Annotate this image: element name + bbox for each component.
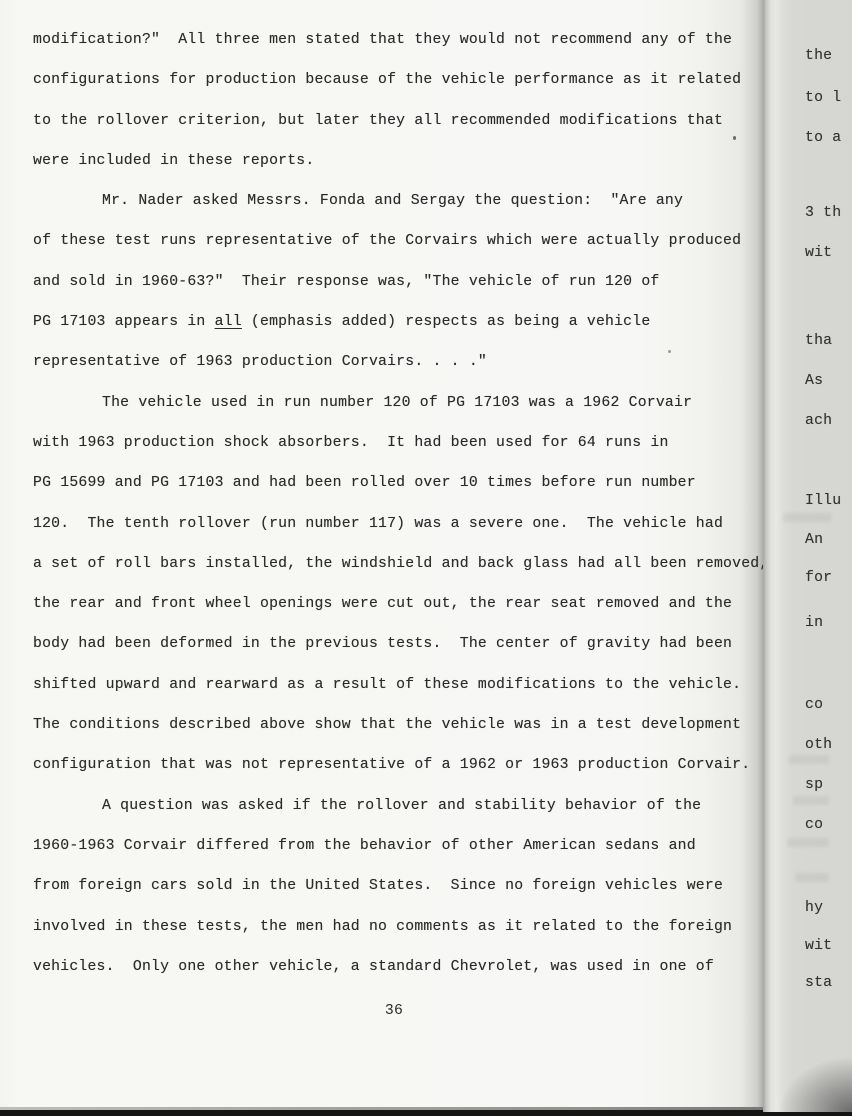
next-page-text-fragment: As xyxy=(805,373,823,389)
text-line: 120. The tenth rollover (run number 117)… xyxy=(33,515,763,555)
text-line: involved in these tests, the men had no … xyxy=(33,918,763,958)
scan-corner-shadow xyxy=(772,1052,852,1112)
show-through-smudge xyxy=(789,755,829,764)
text-line: body had been deformed in the previous t… xyxy=(33,635,763,675)
text-line: The conditions described above show that… xyxy=(33,716,763,756)
facing-page-edge: the to l to a 3 th wit tha As ach Illu A… xyxy=(763,0,852,1112)
next-page-text-fragment: the xyxy=(805,48,832,64)
show-through-smudge xyxy=(793,796,829,805)
text-line: with 1963 production shock absorbers. It… xyxy=(33,434,763,474)
next-page-text-fragment: sp xyxy=(805,777,823,793)
text-line: The vehicle used in run number 120 of PG… xyxy=(33,394,763,434)
page-bottom-edge xyxy=(0,1107,763,1110)
text-line: configurations for production because of… xyxy=(33,71,763,111)
next-page-text-fragment: to a xyxy=(805,130,841,146)
text-line: and sold in 1960-63?" Their response was… xyxy=(33,273,763,313)
text-line: 1960-1963 Corvair differed from the beha… xyxy=(33,837,763,877)
document-page: modification?" All three men stated that… xyxy=(0,0,763,1107)
text-line: Mr. Nader asked Messrs. Fonda and Sergay… xyxy=(33,192,763,232)
text-segment: (emphasis added) respects as being a veh… xyxy=(242,314,651,330)
text-line: representative of 1963 production Corvai… xyxy=(33,353,763,393)
text-line: PG 15699 and PG 17103 and had been rolle… xyxy=(33,474,763,514)
text-line: vehicles. Only one other vehicle, a stan… xyxy=(33,958,763,998)
show-through-smudge xyxy=(787,838,829,847)
show-through-smudge xyxy=(783,513,831,522)
text-line: of these test runs representative of the… xyxy=(33,232,763,272)
next-page-text-fragment: wit xyxy=(805,245,832,261)
next-page-text-fragment: co xyxy=(805,817,823,833)
next-page-text-fragment: tha xyxy=(805,333,832,349)
underlined-word: all xyxy=(215,314,242,330)
text-line: from foreign cars sold in the United Sta… xyxy=(33,877,763,917)
show-through-smudge xyxy=(795,873,829,882)
next-page-text-fragment: in xyxy=(805,615,823,631)
text-line: the rear and front wheel openings were c… xyxy=(33,595,763,635)
text-line: shifted upward and rearward as a result … xyxy=(33,676,763,716)
next-page-text-fragment: wit xyxy=(805,938,832,954)
page-number: 36 xyxy=(33,1003,755,1019)
text-line: to the rollover criterion, but later the… xyxy=(33,112,763,152)
text-segment: PG 17103 appears in xyxy=(33,314,215,330)
next-page-text-fragment: co xyxy=(805,697,823,713)
text-line: configuration that was not representativ… xyxy=(33,756,763,796)
next-page-text-fragment: oth xyxy=(805,737,832,753)
body-text: modification?" All three men stated that… xyxy=(33,31,763,998)
text-line: A question was asked if the rollover and… xyxy=(33,797,763,837)
dust-speck xyxy=(733,136,736,140)
next-page-text-fragment: to l xyxy=(805,90,841,106)
next-page-text-fragment: for xyxy=(805,570,832,586)
text-line: a set of roll bars installed, the windsh… xyxy=(33,555,763,595)
text-line: were included in these reports. xyxy=(33,152,763,192)
text-line: modification?" All three men stated that… xyxy=(33,31,763,71)
next-page-text-fragment: hy xyxy=(805,900,823,916)
next-page-text-fragment: ach xyxy=(805,413,832,429)
next-page-text-fragment: Illu xyxy=(805,493,841,509)
dust-speck xyxy=(668,350,671,353)
scan-background: { "page": { "number": "36", "lines": [ {… xyxy=(0,0,852,1116)
text-line-with-emphasis: PG 17103 appears in all (emphasis added)… xyxy=(33,313,763,353)
next-page-text-fragment: An xyxy=(805,532,823,548)
next-page-text-fragment: sta xyxy=(805,975,832,991)
next-page-text-fragment: 3 th xyxy=(805,205,841,221)
